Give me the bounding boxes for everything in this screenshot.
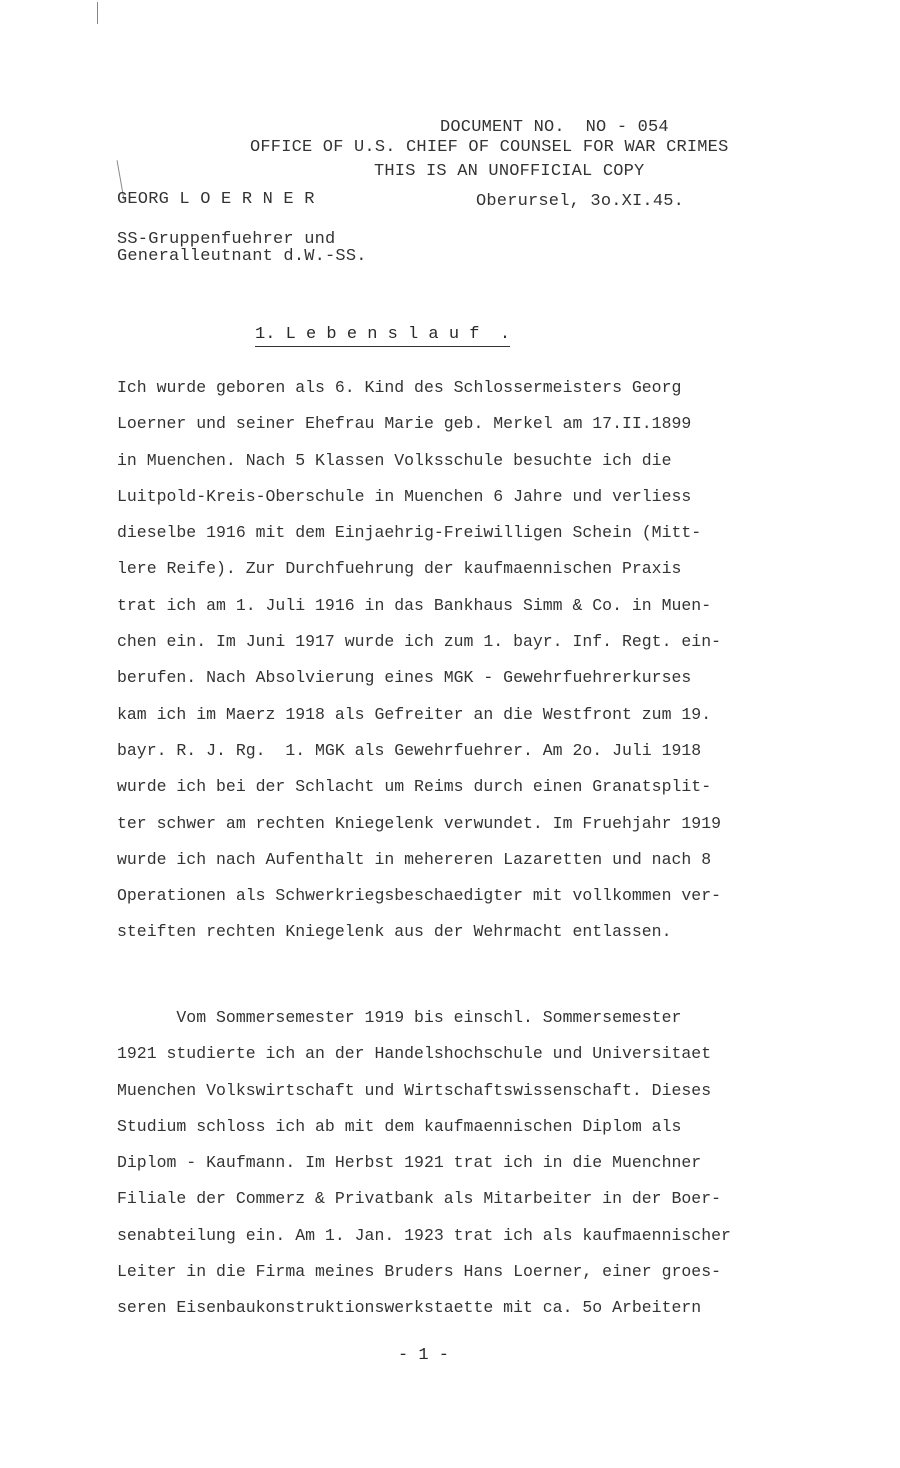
author-rank-line2: Generalleutnant d.W.-SS.: [117, 247, 367, 266]
text-line: bayr. R. J. Rg. 1. MGK als Gewehrfuehrer…: [117, 733, 807, 769]
author-name: GEORG L O E R N E R: [117, 190, 315, 209]
text-line: ter schwer am rechten Kniegelenk verwund…: [117, 806, 807, 842]
text-line: 1921 studierte ich an der Handelshochsch…: [117, 1036, 807, 1072]
text-line: wurde ich nach Aufenthalt in mehereren L…: [117, 842, 807, 878]
text-line: dieselbe 1916 mit dem Einjaehrig-Freiwil…: [117, 515, 807, 551]
text-line: Vom Sommersemester 1919 bis einschl. Som…: [117, 1000, 807, 1036]
text-line: trat ich am 1. Juli 1916 in das Bankhaus…: [117, 588, 807, 624]
text-line: berufen. Nach Absolvierung eines MGK - G…: [117, 660, 807, 696]
place-date: Oberursel, 3o.XI.45.: [476, 192, 684, 211]
text-line: kam ich im Maerz 1918 als Gefreiter an d…: [117, 697, 807, 733]
document-number: DOCUMENT NO. NO - 054: [440, 118, 669, 137]
unofficial-copy-notice: THIS IS AN UNOFFICIAL COPY: [374, 162, 644, 181]
text-line: chen ein. Im Juni 1917 wurde ich zum 1. …: [117, 624, 807, 660]
text-line: Leiter in die Firma meines Bruders Hans …: [117, 1254, 807, 1290]
text-line: in Muenchen. Nach 5 Klassen Volksschule …: [117, 443, 807, 479]
text-line: wurde ich bei der Schlacht um Reims durc…: [117, 769, 807, 805]
text-line: Operationen als Schwerkriegsbeschaedigte…: [117, 878, 807, 914]
text-line: Loerner und seiner Ehefrau Marie geb. Me…: [117, 406, 807, 442]
text-line: steiften rechten Kniegelenk aus der Wehr…: [117, 914, 807, 950]
text-line: Ich wurde geboren als 6. Kind des Schlos…: [117, 370, 807, 406]
text-line: senabteilung ein. Am 1. Jan. 1923 trat i…: [117, 1218, 807, 1254]
paragraph-2: Vom Sommersemester 1919 bis einschl. Som…: [117, 1000, 807, 1327]
office-heading: OFFICE OF U.S. CHIEF OF COUNSEL FOR WAR …: [250, 138, 728, 157]
text-line: Muenchen Volkswirtschaft und Wirtschafts…: [117, 1073, 807, 1109]
text-line: Luitpold-Kreis-Oberschule in Muenchen 6 …: [117, 479, 807, 515]
text-line: seren Eisenbaukonstruktionswerkstaette m…: [117, 1290, 807, 1326]
margin-mark: [97, 2, 98, 24]
section-title: 1. L e b e n s l a u f .: [255, 325, 510, 347]
document-page: DOCUMENT NO. NO - 054 OFFICE OF U.S. CHI…: [0, 0, 900, 1468]
text-line: lere Reife). Zur Durchfuehrung der kaufm…: [117, 551, 807, 587]
paragraph-1: Ich wurde geboren als 6. Kind des Schlos…: [117, 370, 807, 951]
page-number: - 1 -: [398, 1346, 449, 1365]
text-line: Filiale der Commerz & Privatbank als Mit…: [117, 1181, 807, 1217]
text-line: Studium schloss ich ab mit dem kaufmaenn…: [117, 1109, 807, 1145]
text-line: Diplom - Kaufmann. Im Herbst 1921 trat i…: [117, 1145, 807, 1181]
